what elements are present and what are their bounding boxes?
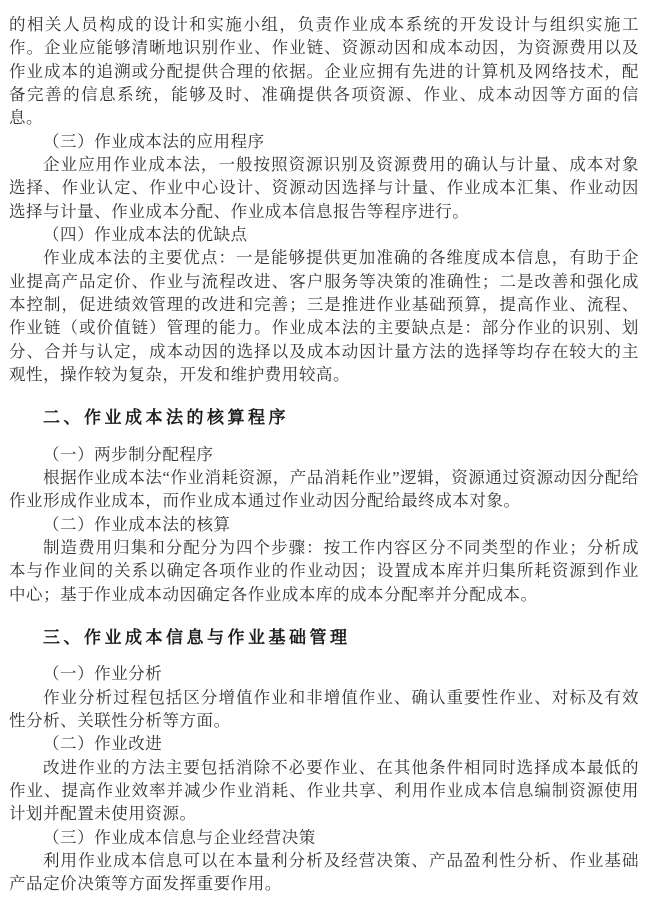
sub-heading: （四）作业成本法的优缺点	[9, 223, 639, 246]
sub-heading: （二）作业改进	[9, 732, 639, 755]
paragraph: 企业应用作业成本法，一般按照资源识别及资源费用的确认与计量、成本对象选择、作业认…	[9, 153, 639, 223]
paragraph: 制造费用归集和分配分为四个步骤：按工作内容区分不同类型的作业；分析成本与作业间的…	[9, 536, 639, 606]
sub-heading: （二）作业成本法的核算	[9, 513, 639, 536]
sub-heading: （三）作业成本信息与企业经营决策	[9, 826, 639, 849]
section-heading: 三、作业成本信息与作业基础管理	[9, 626, 639, 649]
paragraph: 作业分析过程包括区分增值作业和非增值作业、确认重要性作业、对标及有效性分析、关联…	[9, 686, 639, 733]
sub-heading: （一）两步制分配程序	[9, 443, 639, 466]
document-content: 的相关人员构成的设计和实施小组，负责作业成本系统的开发设计与组织实施工作。企业应…	[0, 0, 647, 895]
paragraph: 作业成本法的主要优点：一是能够提供更加准确的各维度成本信息，有助于企业提高产品定…	[9, 246, 639, 386]
sub-heading: （一）作业分析	[9, 662, 639, 685]
paragraph: 改进作业的方法主要包括消除不必要作业、在其他条件相同时选择成本最低的作业、提高作…	[9, 756, 639, 826]
document-page: 的相关人员构成的设计和实施小组，负责作业成本系统的开发设计与组织实施工作。企业应…	[0, 0, 647, 900]
paragraph: 利用作业成本信息可以在本量利分析及经营决策、产品盈利性分析、作业基础产品定价决策…	[9, 849, 639, 896]
paragraph-continuation: 的相关人员构成的设计和实施小组，负责作业成本系统的开发设计与组织实施工作。企业应…	[9, 13, 639, 130]
paragraph: 根据作业成本法“作业消耗资源，产品消耗作业”逻辑，资源通过资源动因分配给作业形成…	[9, 466, 639, 513]
section-heading: 二、作业成本法的核算程序	[9, 406, 639, 429]
sub-heading: （三）作业成本法的应用程序	[9, 130, 639, 153]
